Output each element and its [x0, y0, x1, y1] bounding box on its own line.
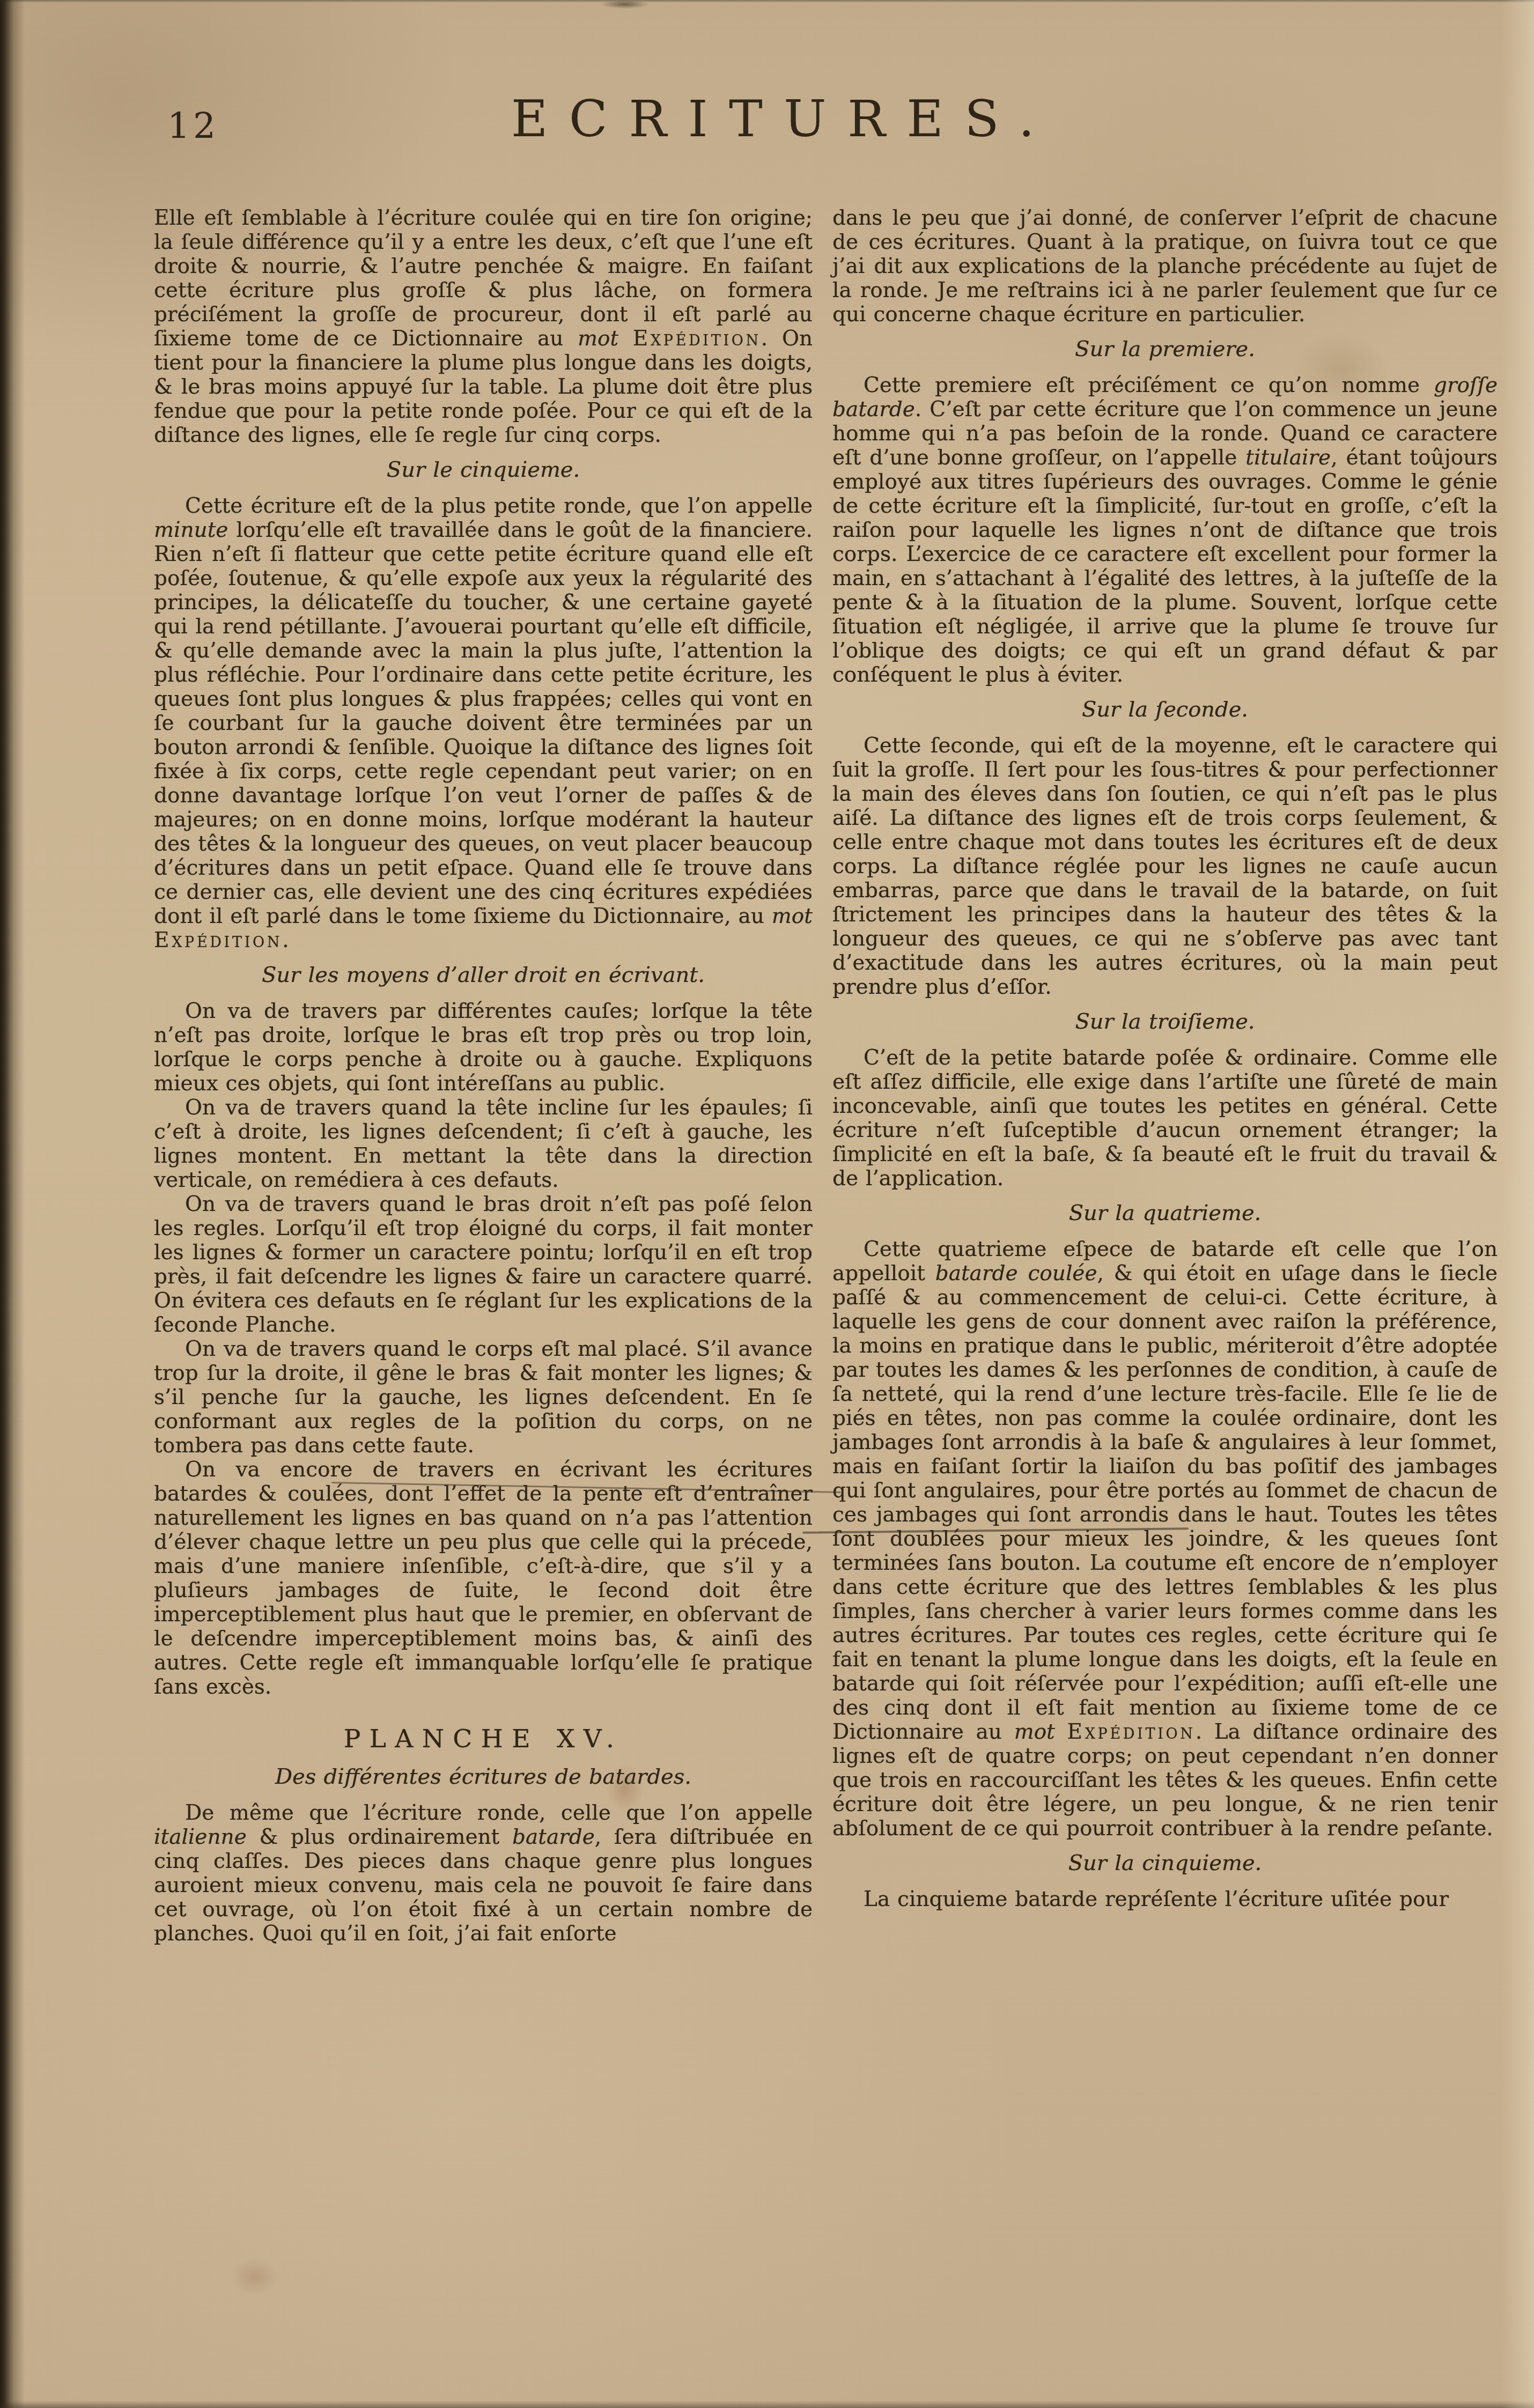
paragraph: On va de travers quand le bras droit n’e…: [154, 1192, 813, 1337]
section-heading: Sur la troiſieme.: [832, 1010, 1498, 1034]
paragraph: dans le peu que j’ai donné, de conſerver…: [832, 206, 1498, 327]
paragraph: On va de travers par différentes cauſes;…: [154, 999, 813, 1096]
paragraph: Cette quatrieme eſpece de batarde eſt ce…: [832, 1237, 1498, 1841]
section-heading: Sur la ſeconde.: [832, 698, 1498, 722]
page-number: 12: [167, 105, 219, 146]
paragraph: On va de travers quand le corps eſt mal …: [154, 1337, 813, 1458]
section-heading: Sur la premiere.: [832, 337, 1498, 361]
ink-smudge-artifact: [601, 0, 649, 9]
paragraph: On va encore de travers en écrivant les …: [154, 1458, 813, 1699]
section-heading: Des différentes écritures de batardes.: [154, 1765, 813, 1789]
right-edge-highlight: [1502, 0, 1534, 2408]
left-column: Elle eſt ſemblable à l’écriture coulée q…: [154, 206, 813, 1946]
section-heading: Sur les moyens d’aller droit en écrivant…: [154, 963, 813, 987]
paragraph: On va de travers quand la tête incline ſ…: [154, 1096, 813, 1192]
paragraph: C’eſt de la petite batarde poſée & ordin…: [832, 1046, 1498, 1191]
document-page: 12 ECRITURES. Elle eſt ſemblable à l’écr…: [0, 0, 1534, 2408]
paragraph: Elle eſt ſemblable à l’écriture coulée q…: [154, 206, 813, 447]
plate-heading: PLANCHE XV.: [154, 1727, 813, 1751]
paragraph: Cette premiere eſt préciſément ce qu’on …: [832, 373, 1498, 687]
section-heading: Sur la cinquieme.: [832, 1851, 1498, 1875]
paper-stain: [231, 2258, 279, 2295]
page-header-title: ECRITURES.: [511, 90, 1056, 149]
section-heading: Sur la quatrieme.: [832, 1201, 1498, 1225]
right-column: dans le peu que j’ai donné, de conſerver…: [832, 206, 1498, 1911]
paragraph: De même que l’écriture ronde, celle que …: [154, 1801, 813, 1946]
section-heading: Sur le cinquieme.: [154, 458, 813, 482]
top-edge-shadow: [0, 0, 1534, 3]
left-edge-shadow: [0, 0, 25, 2408]
paragraph: La cinquieme batarde repréſente l’écritu…: [832, 1887, 1498, 1911]
paragraph: Cette ſeconde, qui eſt de la moyenne, eſ…: [832, 734, 1498, 999]
bottom-edge-shadow: [0, 2400, 1534, 2408]
paragraph: Cette écriture eſt de la plus petite ron…: [154, 494, 813, 952]
